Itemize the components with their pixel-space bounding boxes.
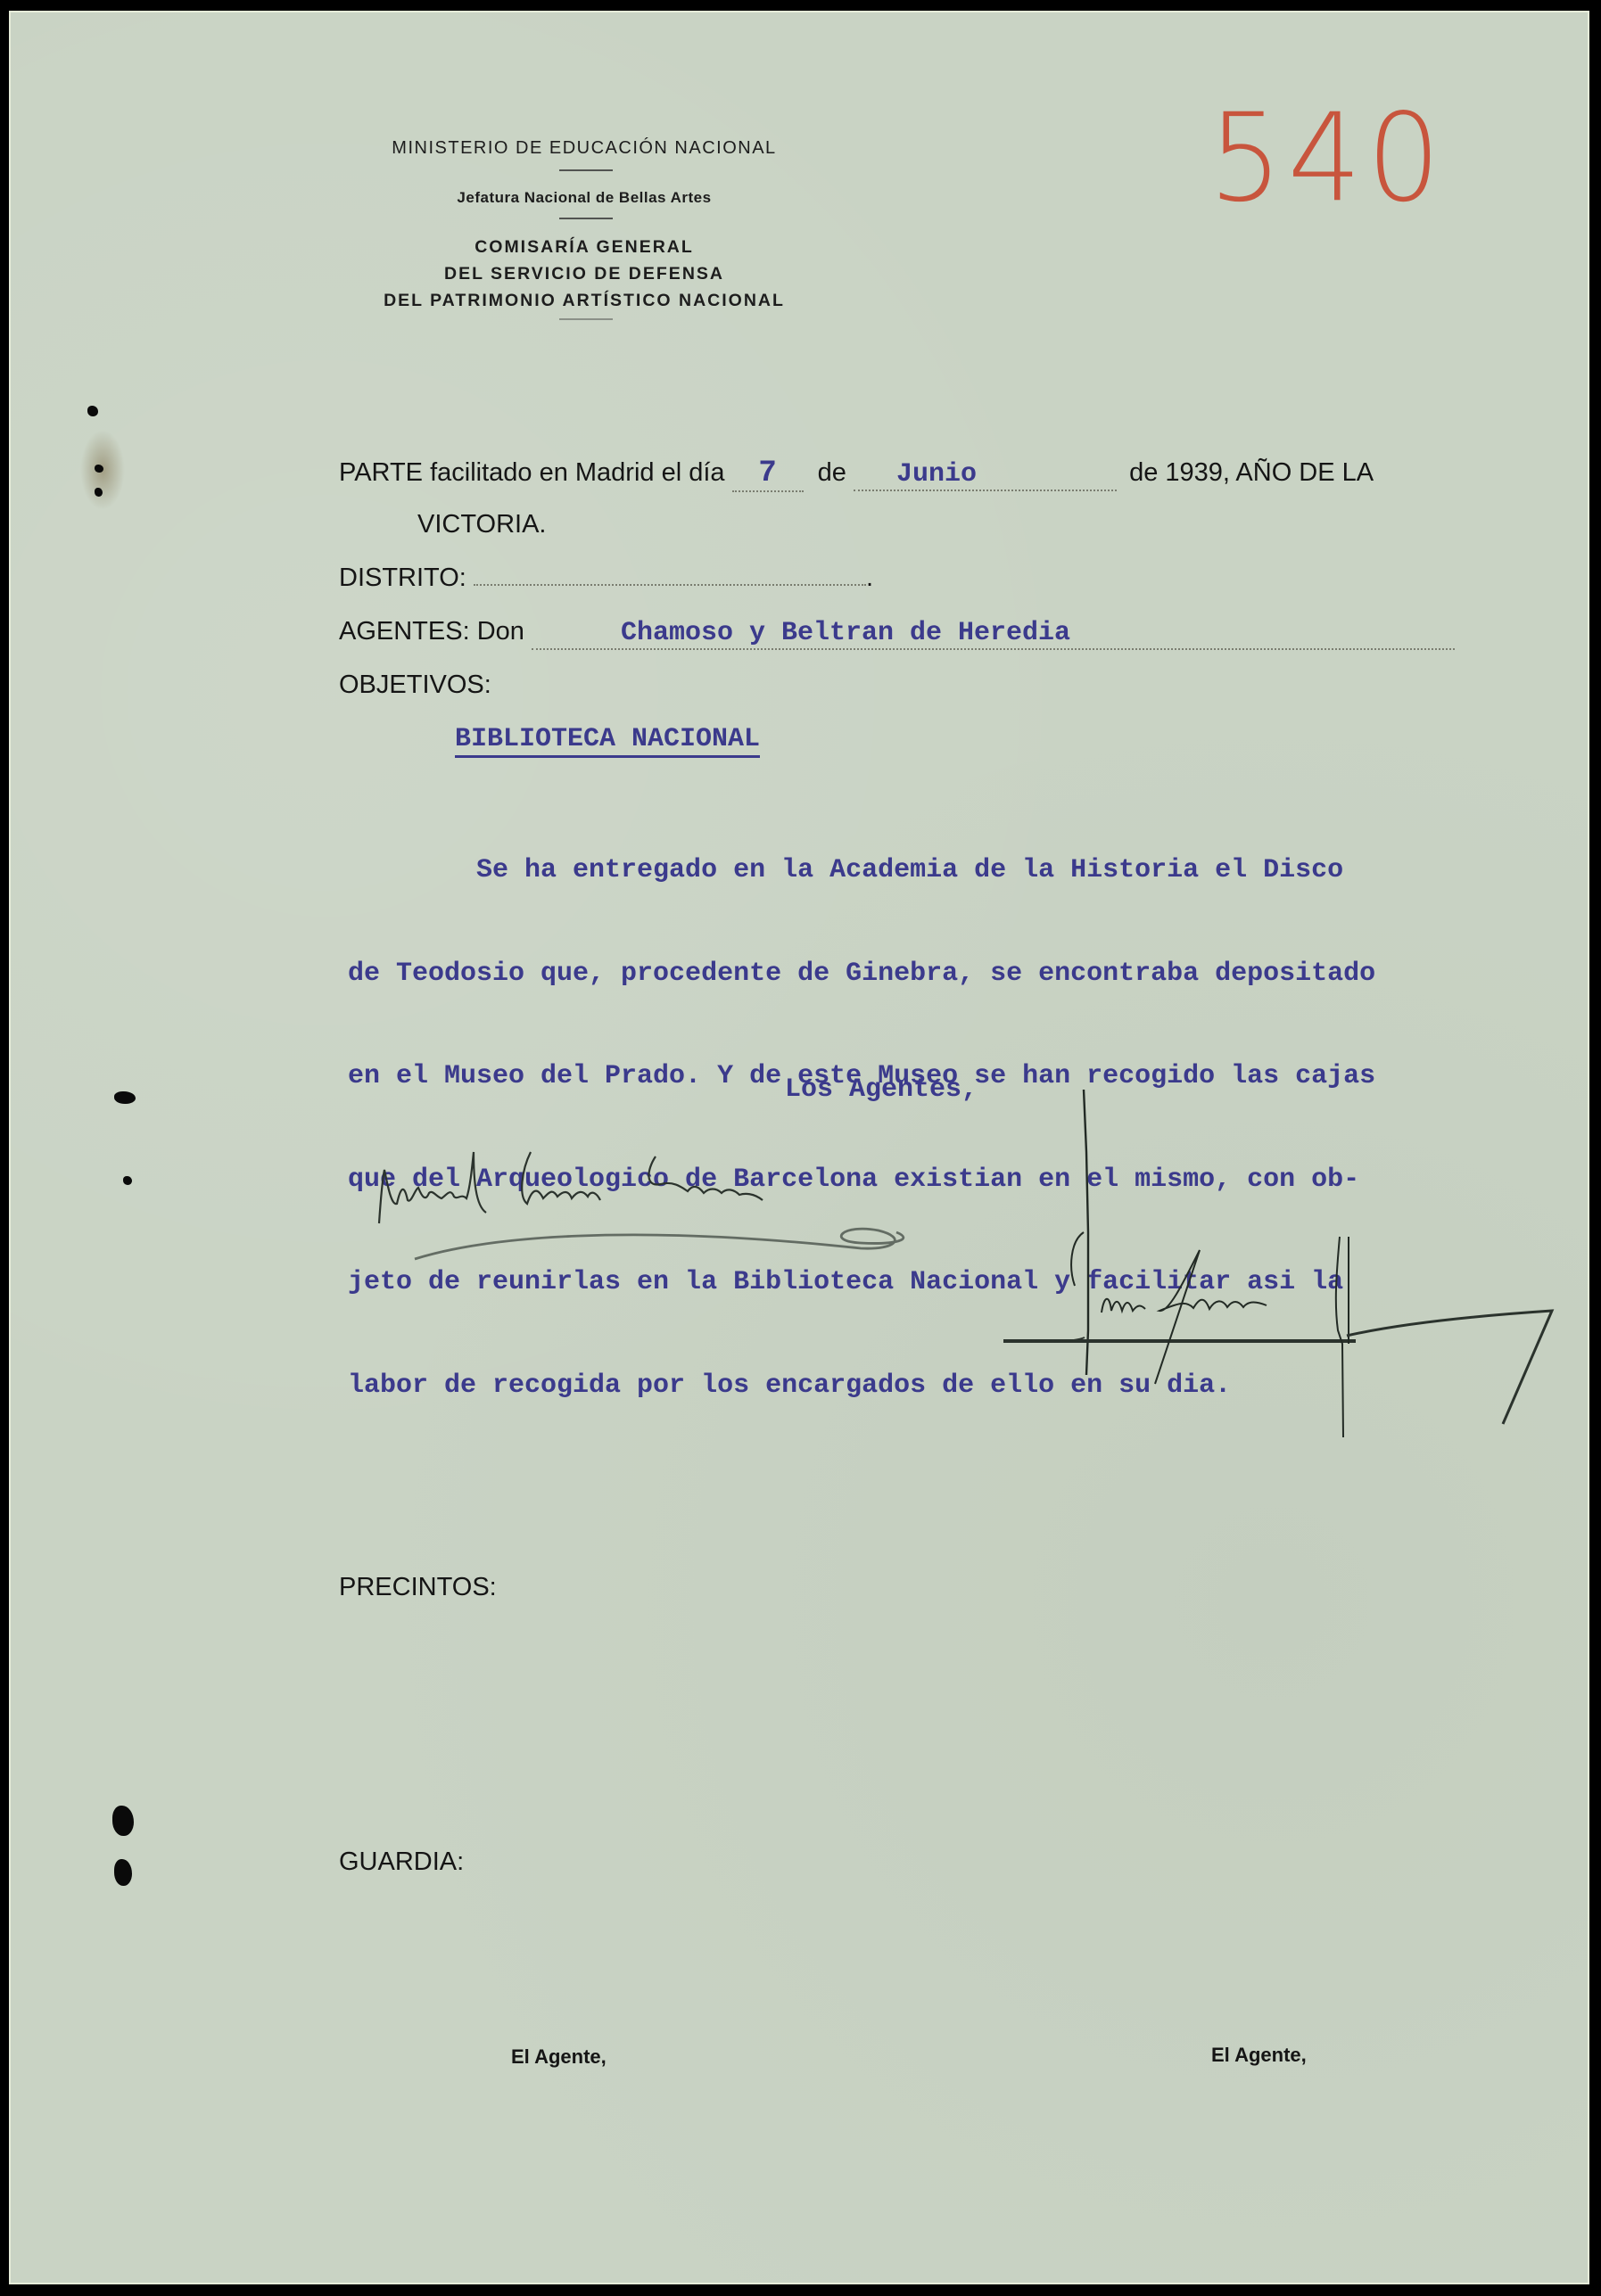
letterhead-divider <box>559 318 613 320</box>
year-label: de 1939, AÑO DE LA <box>1129 458 1374 487</box>
day-field[interactable]: 7 <box>732 457 804 492</box>
victoria-label: VICTORIA. <box>417 510 547 539</box>
agentes-field[interactable]: Chamoso y Beltran de Heredia <box>532 617 1455 650</box>
letterhead-commission: COMISARÍA GENERAL DEL SERVICIO DE DEFENS… <box>330 234 838 314</box>
commission-line-3: DEL PATRIMONIO ARTÍSTICO NACIONAL <box>330 287 838 314</box>
report-line: Se ha entregado en la Academia de la His… <box>348 853 1561 888</box>
letterhead-divider <box>559 218 613 219</box>
folio-number: 540 <box>1209 97 1446 219</box>
agentes-label: AGENTES: Don <box>339 617 524 646</box>
month-field[interactable]: Junio <box>854 458 1117 491</box>
day-value: 7 <box>758 457 776 490</box>
de-label: de <box>818 458 846 487</box>
objetivos-label: OBJETIVOS: <box>339 671 491 700</box>
precintos-label: PRECINTOS: <box>339 1573 497 1602</box>
distrito-line: DISTRITO: . <box>339 564 873 593</box>
guardia-label: GUARDIA: <box>339 1847 464 1877</box>
punch-hole <box>114 1091 136 1104</box>
distrito-label: DISTRITO: <box>339 564 466 592</box>
agent-left-label: El Agente, <box>511 2045 607 2069</box>
punch-hole <box>95 488 103 497</box>
month-value: Junio <box>896 459 977 490</box>
signature-chamoso <box>361 1134 1039 1277</box>
agentes-line: AGENTES: Don Chamoso y Beltran de Heredi… <box>339 617 1455 650</box>
parte-label: PARTE facilitado en Madrid el día <box>339 458 725 487</box>
punch-hole <box>95 465 103 473</box>
commission-line-2: DEL SERVICIO DE DEFENSA <box>330 260 838 287</box>
distrito-field[interactable] <box>474 584 866 586</box>
punch-hole <box>112 1806 134 1836</box>
document-page: MINISTERIO DE EDUCACIÓN NACIONAL Jefatur… <box>9 11 1589 2284</box>
report-heading: BIBLIOTECA NACIONAL <box>455 724 760 754</box>
punch-hole <box>87 406 98 416</box>
signature-beltran <box>999 1081 1552 1437</box>
agentes-value: Chamoso y Beltran de Heredia <box>621 618 1070 648</box>
letterhead-department: Jefatura Nacional de Bellas Artes <box>330 189 838 207</box>
parte-line: PARTE facilitado en Madrid el día 7 de J… <box>339 457 1374 492</box>
letterhead-ministry: MINISTERIO DE EDUCACIÓN NACIONAL <box>330 138 838 159</box>
commission-line-1: COMISARÍA GENERAL <box>330 234 838 260</box>
letterhead-divider <box>559 169 613 171</box>
report-line: de Teodosio que, procedente de Ginebra, … <box>348 957 1561 992</box>
agent-right-label: El Agente, <box>1211 2044 1307 2067</box>
closing-text: Los Agentes, <box>785 1074 978 1105</box>
punch-hole <box>114 1859 132 1886</box>
punch-hole <box>123 1176 132 1185</box>
